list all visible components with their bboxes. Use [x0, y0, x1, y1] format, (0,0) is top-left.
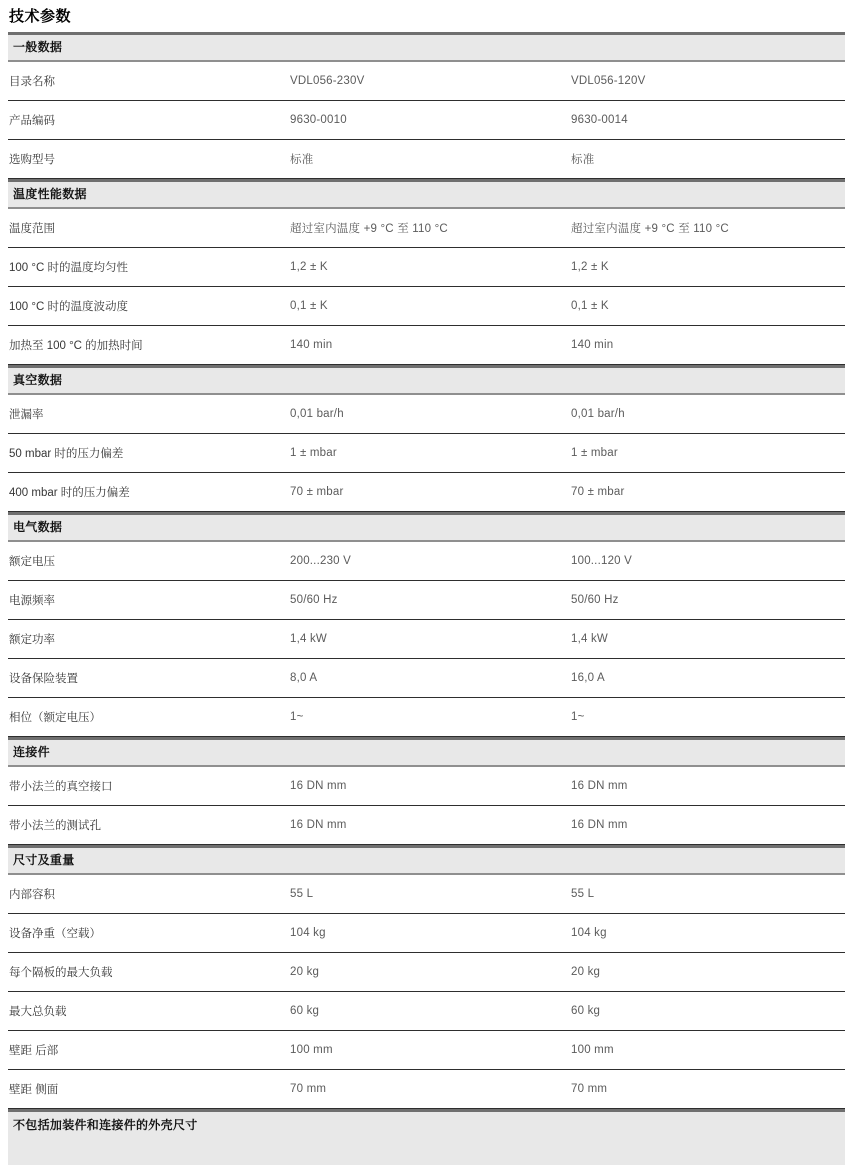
row-label: 50 mbar 时的压力偏差 — [8, 445, 290, 461]
row-label: 温度范围 — [8, 220, 290, 236]
row-label: 设备净重（空载） — [8, 925, 290, 941]
row-value-model-230v: 50/60 Hz — [290, 594, 571, 606]
row-value-model-120v: 16,0 A — [571, 672, 845, 684]
row-label: 带小法兰的测试孔 — [8, 817, 290, 833]
row-value-model-230v: 标准 — [290, 151, 571, 167]
row-value-model-120v: 60 kg — [571, 1005, 845, 1017]
table-row: 温度范围超过室内温度 +9 °C 至 110 °C超过室内温度 +9 °C 至 … — [8, 209, 845, 248]
row-value-model-230v: 8,0 A — [290, 672, 571, 684]
row-value-model-120v: 70 mm — [571, 1083, 845, 1095]
row-value-model-120v: VDL056-120V — [571, 75, 845, 87]
row-label: 100 °C 时的温度波动度 — [8, 298, 290, 314]
row-value-model-120v: 9630-0014 — [571, 114, 845, 126]
row-label: 最大总负载 — [8, 1003, 290, 1019]
table-row: 设备保险装置8,0 A16,0 A — [8, 659, 845, 698]
row-value-model-230v: 60 kg — [290, 1005, 571, 1017]
row-value-model-120v: 50/60 Hz — [571, 594, 845, 606]
table-row: 额定功率1,4 kW1,4 kW — [8, 620, 845, 659]
row-label: 选购型号 — [8, 151, 290, 167]
table-row: 带小法兰的测试孔16 DN mm16 DN mm — [8, 806, 845, 845]
row-value-model-230v: 16 DN mm — [290, 780, 571, 792]
row-value-model-120v: 超过室内温度 +9 °C 至 110 °C — [571, 220, 845, 236]
table-row: 泄漏率0,01 bar/h0,01 bar/h — [8, 395, 845, 434]
row-value-model-120v: 1~ — [571, 711, 845, 723]
spec-sheet-page: 技术参数 一般数据目录名称VDL056-230VVDL056-120V产品编码9… — [0, 0, 858, 1165]
section-header: 连接件 — [8, 737, 845, 767]
table-row: 带小法兰的真空接口16 DN mm16 DN mm — [8, 767, 845, 806]
row-value-model-230v: 104 kg — [290, 927, 571, 939]
row-value-model-230v: 16 DN mm — [290, 819, 571, 831]
table-row: 加热至 100 °C 的加热时间140 min140 min — [8, 326, 845, 365]
row-label: 产品编码 — [8, 112, 290, 128]
row-value-model-230v: 140 min — [290, 339, 571, 351]
row-value-model-230v: 70 ± mbar — [290, 486, 571, 498]
row-value-model-120v: 1,2 ± K — [571, 261, 845, 273]
row-value-model-230v: 1 ± mbar — [290, 447, 571, 459]
row-value-model-120v: 1 ± mbar — [571, 447, 845, 459]
page-title: 技术参数 — [9, 8, 845, 25]
section-header: 电气数据 — [8, 512, 845, 542]
row-label: 设备保险装置 — [8, 670, 290, 686]
section-header: 尺寸及重量 — [8, 845, 845, 875]
row-value-model-120v: 20 kg — [571, 966, 845, 978]
table-row: 壁距 后部100 mm100 mm — [8, 1031, 845, 1070]
row-label: 带小法兰的真空接口 — [8, 778, 290, 794]
table-row: 100 °C 时的温度波动度0,1 ± K0,1 ± K — [8, 287, 845, 326]
row-label: 100 °C 时的温度均匀性 — [8, 259, 290, 275]
row-label: 目录名称 — [8, 73, 290, 89]
row-value-model-230v: 1,4 kW — [290, 633, 571, 645]
row-value-model-230v: 20 kg — [290, 966, 571, 978]
row-label: 内部容积 — [8, 886, 290, 902]
section-header: 真空数据 — [8, 365, 845, 395]
row-value-model-120v: 100 mm — [571, 1044, 845, 1056]
row-label: 电源频率 — [8, 592, 290, 608]
row-value-model-230v: 100 mm — [290, 1044, 571, 1056]
table-row: 每个隔板的最大负载20 kg20 kg — [8, 953, 845, 992]
row-value-model-120v: 0,01 bar/h — [571, 408, 845, 420]
table-row: 相位（额定电压）1~1~ — [8, 698, 845, 737]
section-header: 温度性能数据 — [8, 179, 845, 209]
table-row: 内部容积55 L55 L — [8, 875, 845, 914]
table-row: 设备净重（空载）104 kg104 kg — [8, 914, 845, 953]
row-value-model-120v: 104 kg — [571, 927, 845, 939]
row-value-model-120v: 70 ± mbar — [571, 486, 845, 498]
row-label: 相位（额定电压） — [8, 709, 290, 725]
row-value-model-230v: 70 mm — [290, 1083, 571, 1095]
row-value-model-230v: 1,2 ± K — [290, 261, 571, 273]
row-value-model-120v: 标准 — [571, 151, 845, 167]
table-row: 产品编码9630-00109630-0014 — [8, 101, 845, 140]
row-label: 400 mbar 时的压力偏差 — [8, 484, 290, 500]
row-label: 壁距 侧面 — [8, 1081, 290, 1097]
table-row: 目录名称VDL056-230VVDL056-120V — [8, 62, 845, 101]
row-value-model-230v: 超过室内温度 +9 °C 至 110 °C — [290, 220, 571, 236]
row-label: 壁距 后部 — [8, 1042, 290, 1058]
row-label: 泄漏率 — [8, 406, 290, 422]
spec-table: 一般数据目录名称VDL056-230VVDL056-120V产品编码9630-0… — [8, 32, 845, 1165]
row-value-model-230v: 200...230 V — [290, 555, 571, 567]
row-label: 加热至 100 °C 的加热时间 — [8, 337, 290, 353]
table-row: 最大总负载60 kg60 kg — [8, 992, 845, 1031]
row-value-model-230v: 1~ — [290, 711, 571, 723]
table-row: 壁距 侧面70 mm70 mm — [8, 1070, 845, 1109]
row-value-model-230v: 0,1 ± K — [290, 300, 571, 312]
row-value-model-120v: 100...120 V — [571, 555, 845, 567]
row-value-model-120v: 16 DN mm — [571, 819, 845, 831]
row-value-model-120v: 16 DN mm — [571, 780, 845, 792]
row-value-model-120v: 55 L — [571, 888, 845, 900]
table-row: 400 mbar 时的压力偏差70 ± mbar70 ± mbar — [8, 473, 845, 512]
row-value-model-120v: 1,4 kW — [571, 633, 845, 645]
table-row: 50 mbar 时的压力偏差1 ± mbar1 ± mbar — [8, 434, 845, 473]
row-value-model-120v: 0,1 ± K — [571, 300, 845, 312]
table-row: 100 °C 时的温度均匀性1,2 ± K1,2 ± K — [8, 248, 845, 287]
row-label: 每个隔板的最大负载 — [8, 964, 290, 980]
row-value-model-230v: 55 L — [290, 888, 571, 900]
section-header: 一般数据 — [8, 32, 845, 62]
row-value-model-230v: 0,01 bar/h — [290, 408, 571, 420]
table-row: 选购型号标准标准 — [8, 140, 845, 179]
row-label: 额定功率 — [8, 631, 290, 647]
table-row: 额定电压200...230 V100...120 V — [8, 542, 845, 581]
row-label: 额定电压 — [8, 553, 290, 569]
row-value-model-230v: 9630-0010 — [290, 114, 571, 126]
table-row: 电源频率50/60 Hz50/60 Hz — [8, 581, 845, 620]
row-value-model-230v: VDL056-230V — [290, 75, 571, 87]
row-value-model-120v: 140 min — [571, 339, 845, 351]
section-header: 不包括加装件和连接件的外壳尺寸 — [8, 1109, 845, 1165]
